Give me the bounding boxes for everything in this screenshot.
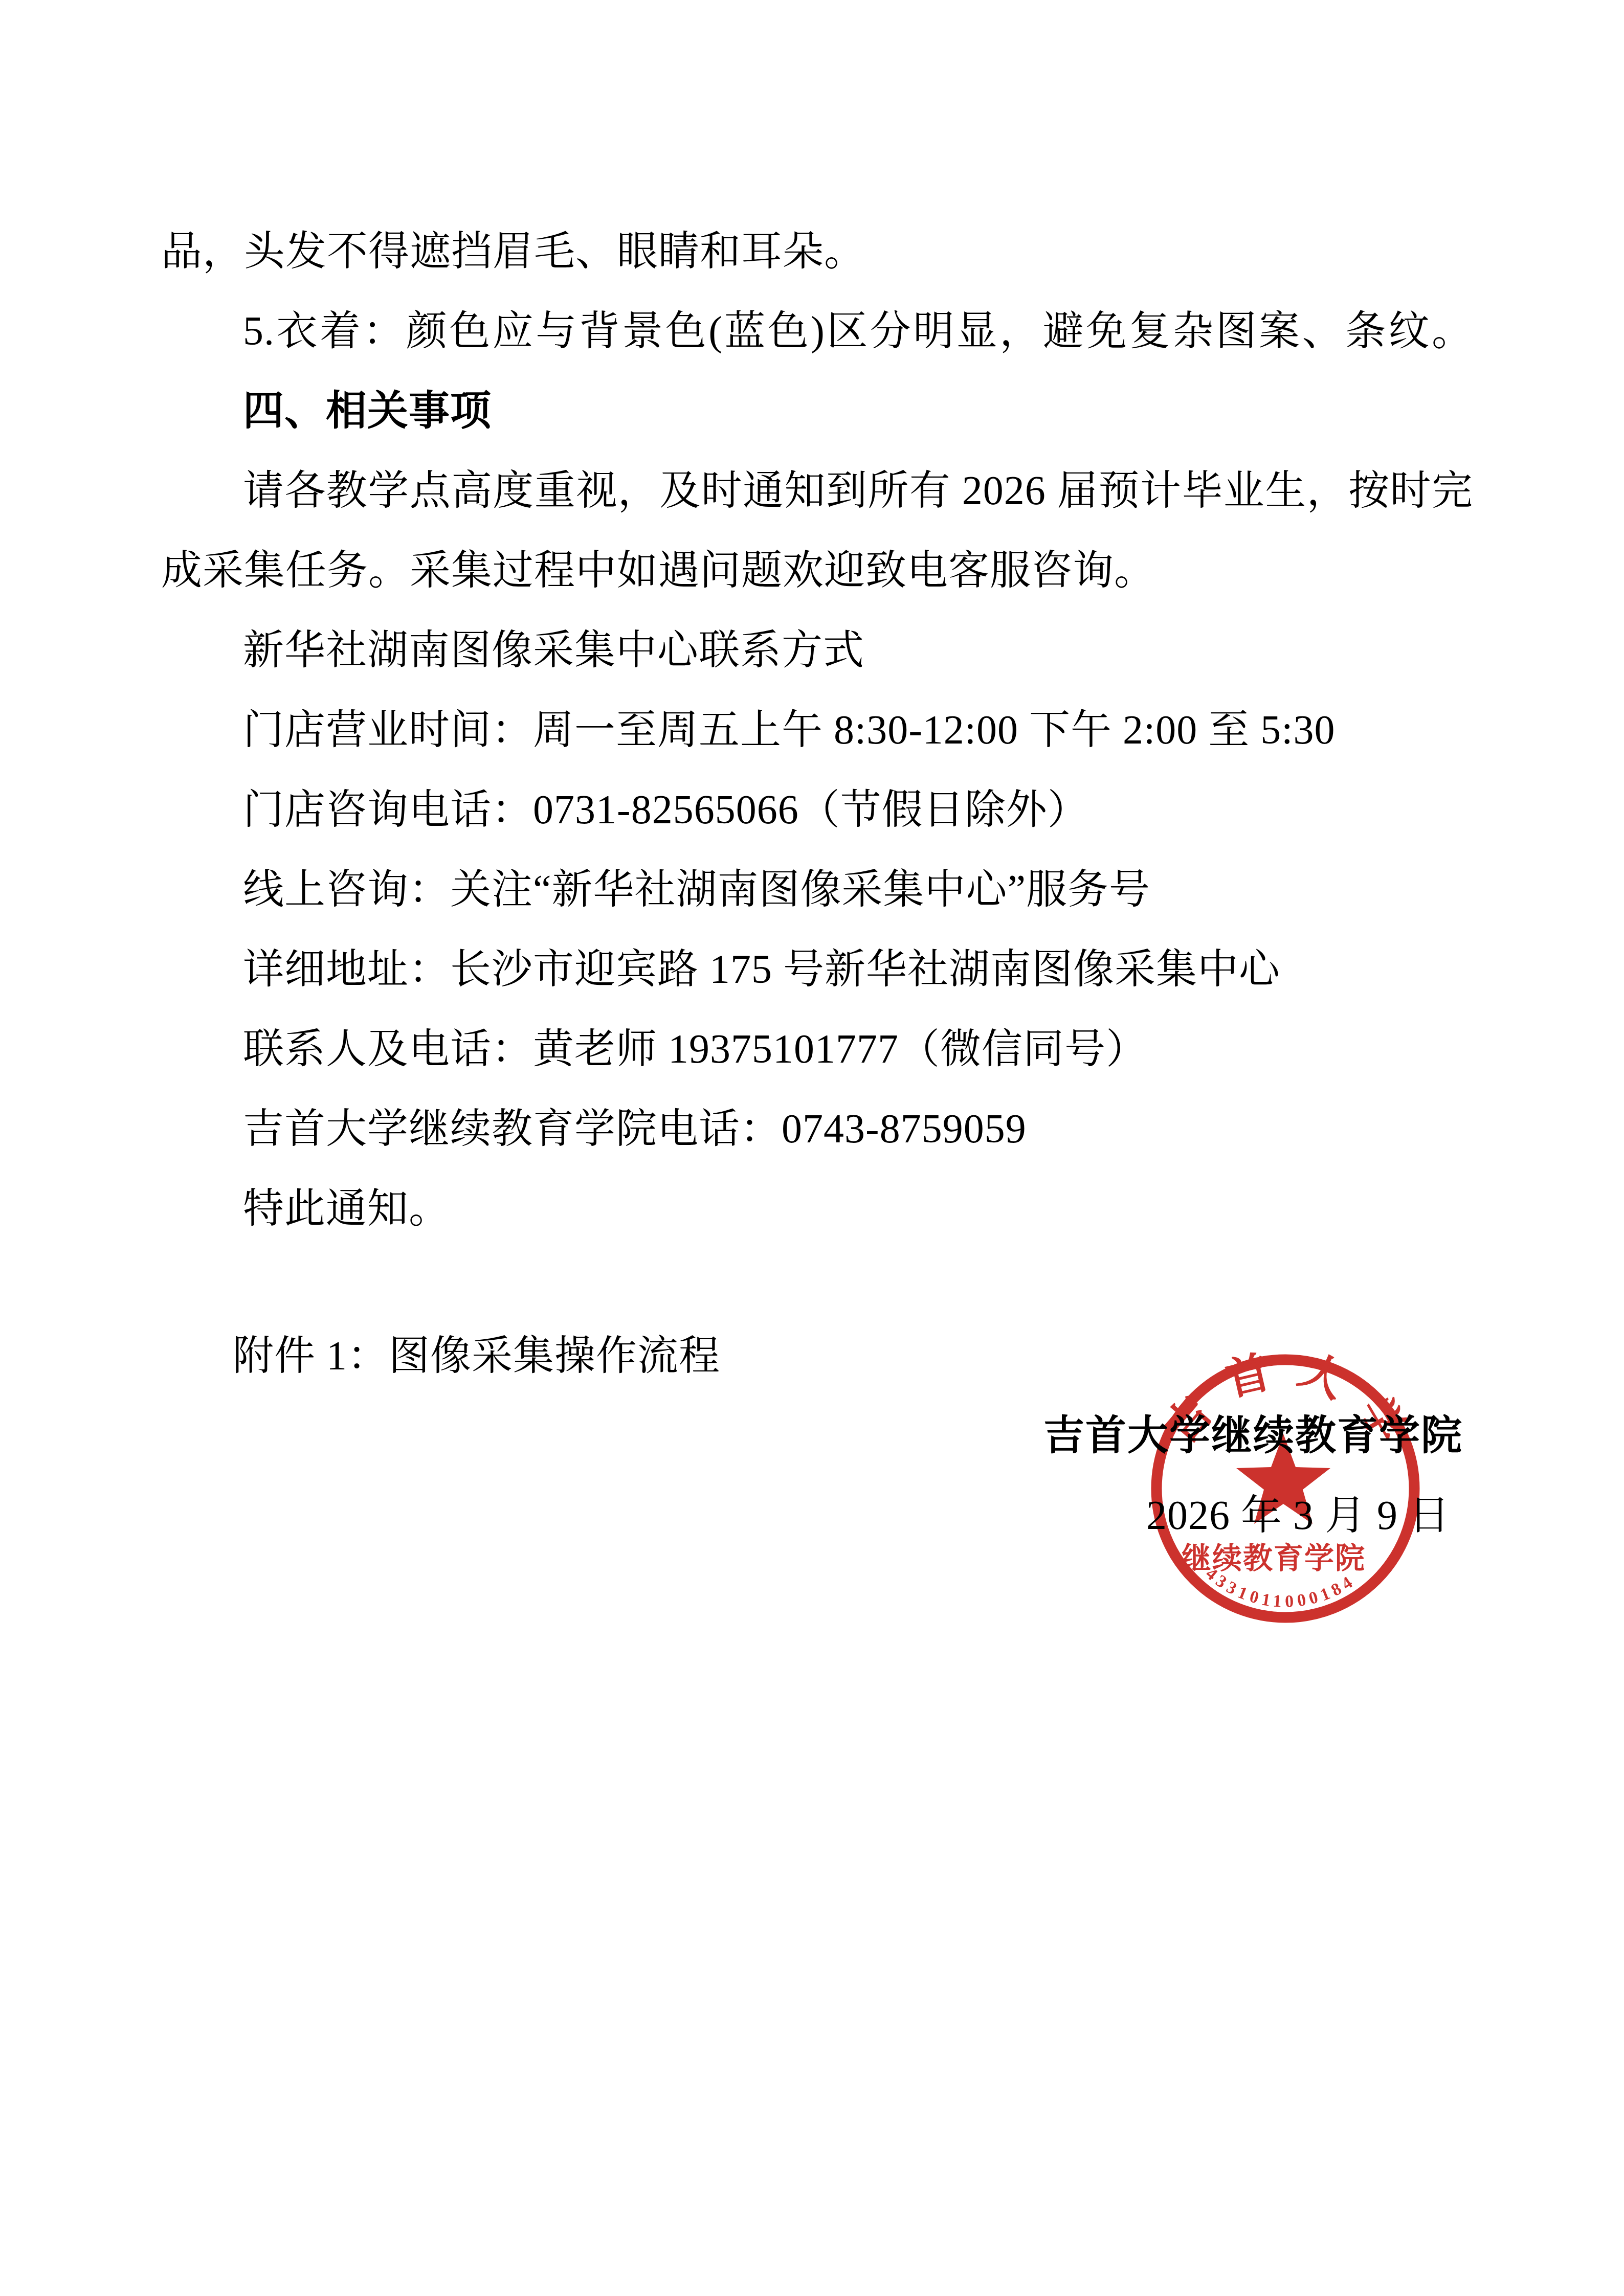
body-lines: 品，头发不得遮挡眉毛、眼睛和耳朵。5.衣着：颜色应与背景色(蓝色)区分明显，避免… (161, 212, 1473, 1249)
body-line: 品，头发不得遮挡眉毛、眼睛和耳朵。 (161, 212, 1473, 291)
body-line: 详细地址：长沙市迎宾路 175 号新华社湖南图像采集中心 (161, 930, 1473, 1009)
body-line: 线上咨询：关注“新华社湖南图像采集中心”服务号 (161, 850, 1473, 930)
body-line: 新华社湖南图像采集中心联系方式 (161, 611, 1473, 690)
body-line: 门店咨询电话：0731-82565066（节假日除外） (161, 770, 1473, 850)
body-line: 成采集任务。采集过程中如遇问题欢迎致电客服咨询。 (161, 531, 1473, 611)
body-line: 特此通知。 (161, 1169, 1473, 1249)
date-line: 2026 年 3 月 9 日 (161, 1476, 1450, 1556)
body-line: 5.衣着：颜色应与背景色(蓝色)区分明显，避免复杂图案、条纹。 (161, 291, 1473, 371)
attachment-line: 附件 1：图像采集操作流程 (161, 1316, 1473, 1396)
body-line: 吉首大学继续教育学院电话：0743-8759059 (161, 1089, 1473, 1169)
document-page: 吉首大学 继续教育学院 4331011000184 品，头发不得遮挡眉毛、眼睛和… (0, 0, 1624, 2296)
body-line: 联系人及电话：黄老师 19375101777（微信同号） (161, 1009, 1473, 1089)
body-line: 请各教学点高度重视，及时通知到所有 2026 届预计毕业生，按时完 (161, 451, 1473, 531)
document-content: 品，头发不得遮挡眉毛、眼睛和耳朵。5.衣着：颜色应与背景色(蓝色)区分明显，避免… (0, 0, 1624, 2296)
signature-line: 吉首大学继续教育学院 (161, 1396, 1463, 1476)
body-line: 四、相关事项 (161, 371, 1473, 451)
body-line: 门店营业时间：周一至周五上午 8:30-12:00 下午 2:00 至 5:30 (161, 690, 1473, 770)
